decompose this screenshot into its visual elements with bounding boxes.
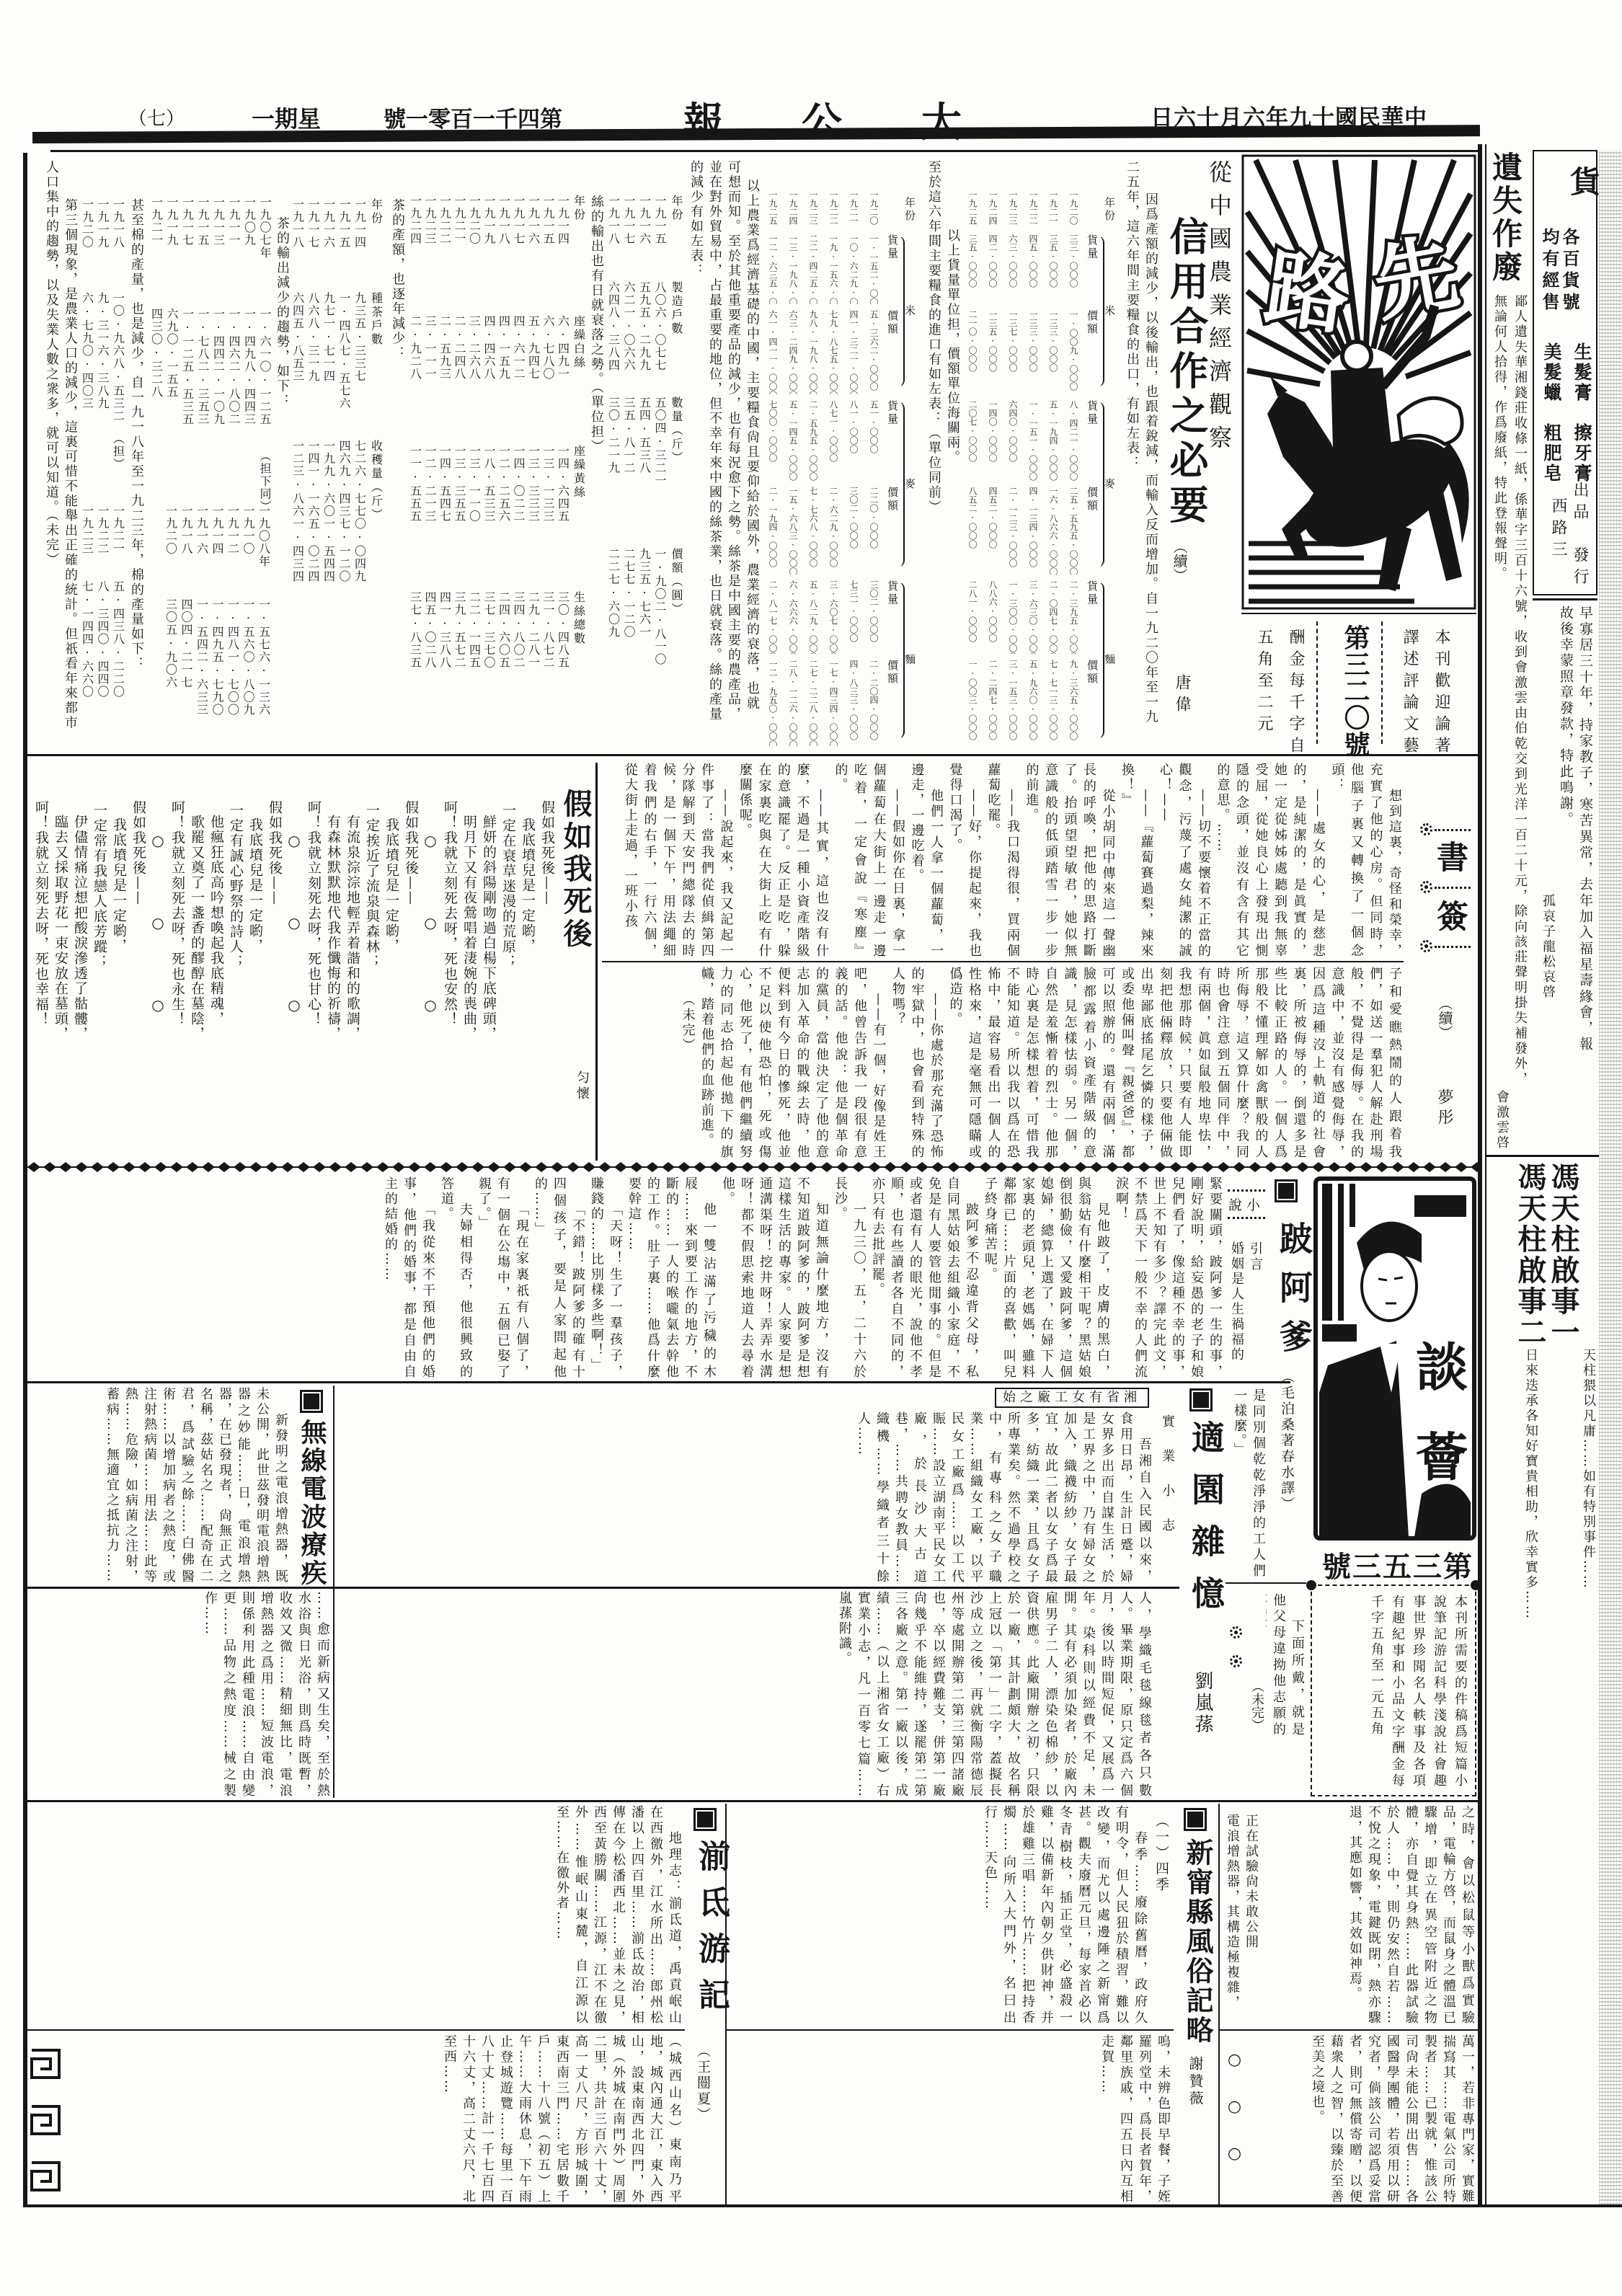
text-column: 甚至棉的產量，也是減少，自一九一八年至一九二三年，棉的產量如下：	[127, 160, 146, 750]
poem-line: 我底墳兒是一定喲，	[109, 763, 128, 1161]
year-cell: 一九一二	[225, 501, 241, 591]
meander-ornament-icon	[29, 2046, 62, 2200]
lost-notice-body: 鄙人遺失華湘錢莊收條一紙，係華字三百十六號，收到會激雲由伯乾交到光洋一百二十元，…	[1488, 294, 1530, 1087]
table-row: 一九〇八年 一·五七六·一三六	[256, 501, 272, 735]
divider	[1226, 1582, 1306, 1584]
value-cell: 三〇·二一九	[606, 393, 621, 537]
value-cell: 三〇·四八五	[555, 577, 570, 743]
poem-line: 歌罷又奠了一盞香的醪醇在墓陰，	[187, 763, 206, 1161]
value-cell: 一三·三五五	[452, 433, 467, 577]
value-cell: 二·九二八	[407, 310, 422, 433]
value-cell: 三五·八一二	[621, 393, 637, 537]
paragraph: 「不錯！跛阿爹的確有十四個孩子，要是人家問起他的……」	[531, 1176, 587, 1380]
header-cell: 種茶戶數	[368, 287, 385, 433]
value-cell: 三九·五七二	[452, 577, 467, 743]
year-cell: 一九〇九	[241, 160, 257, 304]
year-cell: 一九二四	[407, 160, 422, 310]
poem-line: 我底墳兒是一定喲，	[245, 763, 265, 1161]
header-cell: 年份	[901, 160, 918, 229]
table-row: 一九一四 六·四九一 一四·六四五 三〇·四八五	[555, 160, 570, 743]
table-row: 一九二〇 三〇五·九〇六	[163, 501, 179, 735]
header-cell	[884, 160, 901, 229]
year-cell: 一九二四	[783, 160, 803, 229]
value-cell: 一九·一五六·〇〇〇	[823, 229, 843, 304]
article-body: 吾湘自入民國以來，食用日昂，生計日蹙，婦女界多出而自謀生活，於是工界之中，乃有婦…	[336, 1411, 1153, 1584]
poem-stanza: 假如我死後—— 我底墳兒是一定喲， 一定常有我戀人底芳蹤； 伊儘情痛泣想把酸淚滲…	[31, 763, 148, 1161]
value-cell: 四·一三四·〇〇〇	[1023, 481, 1043, 575]
table-row: 一九二〇 三三·〇〇〇 一·〇〇九·〇〇〇 八·四二一·〇〇〇 二五·五九五·〇…	[1063, 160, 1083, 746]
sun-ornament-icon	[1420, 881, 1432, 893]
section-marker-icon	[1184, 1808, 1207, 1831]
paragraph: 地理志：湔氐道，禹貢岷山在西徼外，江水所出……郎州松潘以上四百里……湔氐故治，相…	[552, 1805, 683, 2026]
shuqian-body-upper: 想到這裏，奇怪和榮幸，充實了他的心房。但同時，他腦子裏又轉換了一個念頭：——處女…	[602, 763, 1404, 959]
header-cell: 數量（斤）	[668, 393, 685, 537]
subheading-line: 正在試驗尙未敢公開	[1241, 1814, 1260, 1950]
poem-line: 假如我死後——	[265, 763, 284, 1161]
table-row: 一九二〇 一·一五二·〇〇〇 五·三六二·〇〇〇 五一·〇〇〇 二二〇·〇〇〇 …	[864, 160, 884, 746]
value-cell: 一·一五二·〇〇〇	[864, 229, 884, 304]
value-cell: 五·一九四·〇〇〇	[1043, 394, 1063, 481]
table-row: 一九一七 四·六一二 一四·〇二二 三四·八〇二	[511, 160, 526, 743]
paragraph: 見他跛了，皮膚的黑白，與翁姑有什麼相干呢？黑姑娘倒很勤儉，又愛跛阿爹，這個媳婦，…	[980, 1176, 1112, 1380]
poem-line: 呵！我就立刻死去呀，死也甘心！	[303, 763, 323, 1161]
header-cell: 年份	[668, 160, 685, 275]
table-row: 一九二三 七·一四四·六六〇	[79, 497, 95, 728]
article-paragraph: 茶的產額，也逐年減少：	[388, 160, 407, 750]
header-cell: 座繰白絲	[570, 310, 588, 433]
band-divider	[26, 1800, 1479, 1802]
paragraph: 知道無論什麼地方，沒有不知道跛阿爹的，跛阿爹是想這樣生活的專家。人家要是想通溝渠…	[718, 1176, 830, 1380]
sun-ornament-icon	[1230, 1655, 1242, 1667]
notice-column: 譯述評論文藝	[1399, 629, 1421, 758]
corner-dot-icon	[1471, 1580, 1481, 1590]
value-cell: 四·六一二	[511, 310, 526, 433]
value-cell: 一四·五四七	[437, 433, 452, 577]
year-cell: 一九一五	[195, 160, 211, 304]
value-cell: 一·四八七·五七六	[337, 287, 353, 433]
table-row: 一九一六 五·九四七 一三·三三三 二九·二八一	[526, 160, 541, 743]
value-cell: 一三三·〇〇〇	[1023, 304, 1043, 394]
wavy-separator	[1381, 621, 1383, 744]
story-body: 緊要關頭，跛阿爹一生的事，剛好說明，給妄愚的老子和娘兒們看了，像這種不幸的事，世…	[26, 1176, 1224, 1380]
value-cell: 四六九·四三七·一二〇	[337, 433, 353, 620]
value-cell: 三·六〇七·〇〇〇	[823, 575, 843, 654]
article-title: 適園雜憶	[1182, 1420, 1230, 1628]
diamond-border	[26, 1161, 1478, 1174]
year-cell: 一九一六	[321, 160, 337, 287]
group-label: 麵	[901, 575, 918, 746]
value-cell: 二·五九五·〇〇〇	[803, 394, 823, 481]
text-column: 可想而知。至於其他重要產品的減少，也有每況愈下之勢。絲茶是中國主要的農產品，	[724, 160, 743, 750]
year-cell: 一九一九	[95, 160, 111, 288]
paragraph: ——『蘿蔔賽過梨，辣來換！』	[1117, 763, 1156, 959]
bottom-border	[23, 2204, 1622, 2207]
value-cell: 一四·〇二二	[511, 433, 526, 577]
year-cell: 一九一五	[541, 160, 556, 310]
subheading-line: 電浪增熱器，其構造極複雜，	[1223, 1814, 1241, 2011]
table-row: 一九二〇 三·二六八 一三·一一〇 二二·一四五	[466, 160, 482, 743]
lost-notice-title: 遺失作廢	[1491, 151, 1527, 288]
unit-cell	[95, 433, 111, 469]
unit-cell	[79, 433, 95, 469]
table-row: 一九一七 八六八·三一九 一四一·一六五·〇二四	[306, 160, 322, 620]
paragraph: 他們一人拿一個蘿蔔，一邊走，一邊吃着。	[907, 763, 945, 959]
paragraph: 是同別個乾乾淨淨的工人們一樣麼。」	[1230, 1388, 1267, 1579]
value-cell: 六二一·〇六六	[621, 275, 637, 393]
value-cell: 一·一五一·〇〇〇	[1023, 394, 1043, 481]
header-cell: 價額	[884, 481, 901, 575]
paragraph: 他一雙沾滿了污穢的木屐……來到要工作的地方，不斷的……一人的喉嚨氣去幹他的工作。…	[624, 1176, 718, 1380]
value-cell: 八一·〇〇〇	[843, 394, 864, 481]
value-cell: 五·九四七	[526, 310, 541, 433]
value-cell: 二七·二二八·〇〇〇	[803, 654, 823, 746]
column-divider	[333, 1386, 334, 1798]
paragraph: ——我口渴得很，買兩個蘿蔔吃罷。	[983, 763, 1021, 959]
year-cell: 一九二二	[437, 160, 452, 310]
value-cell: 九·三六五·〇〇〇	[1063, 654, 1083, 746]
year-cell: 一九二二	[823, 160, 843, 229]
value-cell: 一·〇〇三·〇〇〇	[962, 654, 983, 746]
table-row: 一九二三 六三·〇〇〇 一三七·〇〇〇 六四〇·〇〇〇 二·一二三·〇〇〇 一·…	[1003, 160, 1023, 746]
lower-issue-number: 第三五三號	[1319, 1544, 1473, 1585]
year-cell: 一九〇七年	[257, 160, 273, 304]
issue-number: 第四千一百零一號	[364, 101, 562, 133]
table-row: 一九一四 九三五·三三七 七二六·七七〇·〇四九	[352, 160, 368, 620]
year-cell: 一九一七	[621, 160, 637, 275]
value-cell: 二二·四二五·〇〇〇	[803, 229, 823, 304]
year-cell: 一九二五	[962, 160, 983, 229]
value-cell: 八六八·三一九	[306, 287, 322, 433]
value-cell: 二一〇·〇〇〇	[962, 304, 983, 394]
year-cell: 一九一五	[652, 160, 668, 275]
subheading: 湘省有女工廠之始	[995, 1388, 1149, 1408]
intro-first-line: 婚姻是人生禍福的	[1227, 1241, 1246, 1362]
header-cell: 年份	[368, 160, 385, 287]
value-cell: 一〇·六二九·〇〇〇	[843, 229, 864, 304]
value-cell: 九·三一六·三八九	[95, 288, 111, 433]
value-cell: 六·七八〇	[541, 310, 556, 433]
paragraph: 嗚，未辨色即早餐，子姪羅列堂中，爲長者賀年，鄰里族戚，四五日內互相走賀……	[1097, 2034, 1172, 2204]
dotted-ornament	[1435, 829, 1471, 831]
value-cell: 一三·一一〇	[466, 433, 482, 577]
value-cell: 二·〇四七·〇〇〇	[1043, 575, 1063, 654]
paragraph: 之時，會以松鼠等小獸爲實驗品，電輪方啓，而鼠身之體溫已驟增，即立在異空管附近之物…	[1345, 1805, 1476, 2026]
year-cell: 一九二〇	[1063, 160, 1083, 229]
table-header: 年份 製造戶數 數量（斤） 價額（圓）	[668, 160, 685, 721]
poem-line: 有流泉淙淙地輕弄着諧和的歌調，	[342, 763, 362, 1161]
value-cell: 四·一五九	[496, 310, 511, 433]
poem-line: 伊儘情痛泣想把酸淚滲透了骷髏，	[70, 763, 89, 1161]
article-body: 之時，會以松鼠等小獸爲實驗品，電輪方啓，而鼠身之體溫已驟增，即立在異空管附近之物…	[1263, 1805, 1476, 2026]
table-row: 一九一八 六四八·三八四 三〇·二一九 二二七·六〇九	[606, 160, 621, 721]
table-row: 一九二四 一三·一九八·〇〇〇 六三·二四九·〇〇〇 五·一四五·〇〇〇 一五·…	[783, 160, 803, 746]
value-cell: 三·一一一	[422, 310, 438, 433]
right-border-inner	[1485, 144, 1486, 2206]
paragraph: 下面所戴，就是他父母違拗他志願的事蹟。	[1266, 1593, 1306, 1737]
year-cell: 一九二一	[843, 160, 864, 229]
paragraph: ——好，你提起來，我也覺得口渴了。	[945, 763, 983, 959]
value-cell: 四·八三三·〇〇〇	[843, 654, 864, 746]
story-tail-2: 下面所戴，就是他父母違拗他志願的事蹟。	[1266, 1593, 1306, 1737]
group-label: 麵	[1101, 575, 1118, 746]
value-cell: 五一·〇〇〇	[864, 394, 884, 481]
poem-line: 呵！我就立刻死去呀，死也安然！	[440, 763, 459, 1161]
value-cell: 一三·三三三	[526, 433, 541, 577]
unit-cell	[149, 448, 164, 510]
text-column: 的減少有如左表：	[686, 160, 705, 750]
table-subheader: 貨量 價額 貨量 價額 貨量 價額	[884, 160, 901, 746]
article-paragraph: 第三個現象，是農業人口的減少，這裏可惜不能舉出正確的統計。但祇看年來都市人口集中…	[40, 160, 79, 750]
paragraph: 人，學織毛毯線毯者各只數人。畢業期限，原只定爲六個月，後以時間短促，又展爲一年。…	[835, 1591, 1153, 1799]
value-cell: 八·四二一·〇〇〇	[1063, 394, 1083, 481]
year-cell: 一九二四	[983, 160, 1003, 229]
group-label: 麥	[1101, 394, 1118, 575]
xianlu-woodcut-illustration: 先 路	[1241, 154, 1476, 610]
divider	[1486, 1155, 1599, 1157]
table-row: 一九二三 二二·四二五·〇〇〇 九八·一九八·〇〇〇 二·五九五·〇〇〇 七·七…	[803, 160, 823, 746]
value-cell: 三一·八七二	[541, 577, 556, 743]
value-cell: 一·四九五·七九〇	[210, 591, 226, 735]
feng-notice-body-2: 日來迭承各知好寶貴相助，欣幸實多……	[1489, 1348, 1540, 2202]
weekday: 星期一	[240, 101, 321, 134]
header-cell: 收穫量（斤）	[368, 433, 385, 620]
value-cell: 八〇六·〇七七	[652, 275, 668, 393]
article-paragraph: 茶的輸出減少的趨勢，如下：	[272, 160, 291, 750]
table-row: 一九二五 三五·〇〇〇 二一〇·〇〇〇 二〇七·〇〇〇 八五二·〇〇〇 二八一·…	[962, 160, 983, 746]
value-cell: 六三·二四九·〇〇〇	[783, 304, 803, 394]
year-cell: 一九一六	[526, 160, 541, 310]
year-cell: 一九一九	[164, 160, 180, 304]
value-cell: 三七·三七〇	[482, 577, 497, 743]
corner-dot-icon	[1306, 1580, 1316, 1590]
masthead-char: 大	[921, 91, 962, 149]
table-row: 一九二一 五·四三八·二二〇	[110, 497, 126, 728]
table-row: 一九二四 二·九二八 一一·五五五 三七·八三五	[407, 160, 422, 743]
thanks-notice-text: 早寡居三十年，持家教子，寒苦異常，去年加入福星壽緣會，報故後幸蒙照章發款，特此鳴…	[1556, 606, 1595, 1052]
year-cell: 一九一六	[194, 501, 210, 591]
poem-line: 有森林默默地代我作懺悔的祈禱，	[323, 763, 342, 1161]
header-cell: 價額	[1083, 654, 1101, 746]
paragraph: 吾湘自入民國以來，食用日昂，生計日蹙，婦女界多出而自謀生活，於是工界之中，乃有婦…	[854, 1411, 1153, 1584]
table-row: 一九二二 一九·一五六·〇〇〇 七九·八七五·〇〇〇 八七一·〇〇〇 二·六二九…	[823, 160, 843, 746]
subband-divider	[26, 2029, 685, 2031]
value-cell: 八·三四〇·四四〇	[95, 577, 111, 728]
table-row: 一九二一 三五·〇〇〇 一三三·〇〇〇 五·一九四·〇〇〇 一六·八六六·〇〇〇…	[1043, 160, 1063, 746]
year-cell: 一九一八	[606, 160, 621, 275]
value-cell: 二八·一二六·〇〇〇	[783, 654, 803, 746]
value-cell: 五·四三八·二二〇	[110, 577, 126, 728]
value-cell: 九三五·三三七	[352, 287, 368, 433]
year-cell: 一九一八	[179, 501, 195, 591]
to-be-continued: （未完）	[1247, 1680, 1266, 1732]
table-row: 一九一六 九七一·七一四 一九九·六〇一·五四四	[321, 160, 337, 620]
value-cell: 八七一·〇〇〇	[823, 394, 843, 481]
header-cell: 貨量	[884, 575, 901, 654]
text-column: 並在對外貿易中，占最重要的地位，但不幸年來中國的絲茶業，也日就衰落。絲的產量	[705, 160, 724, 750]
lost-notice-text: 鄙人遺失華湘錢莊收條一紙，係華字三百十六號，收到會激雲由伯乾交到光洋一百二十元，…	[1489, 294, 1530, 1087]
year-cell: 一九一四	[210, 501, 226, 591]
year-cell: 一九二三	[79, 497, 95, 577]
value-cell: 一五·六八三·〇〇〇	[783, 481, 803, 575]
article-paragraph: 以上貨量單位担，價額單位海關兩。至於這六年間主要糧食的進口有如左表：（單位同前）	[923, 160, 962, 750]
table-subheader: 貨量 價額 貨量 價額 貨量 價額	[1083, 160, 1101, 746]
tea-export-table-even-years: 一九〇八年 一·五七六·一三六 一九一〇 一·五六〇·八〇九 一九一二 一·四八…	[163, 501, 272, 735]
value-cell: 三三·〇〇〇	[1063, 229, 1083, 304]
value-cell: 一·四九八·四四三	[241, 304, 257, 448]
value-cell: 一六·八六六·〇〇〇	[1043, 481, 1063, 575]
article-author: 唐偉	[1171, 674, 1193, 717]
value-cell: 二·一九四·〇〇〇	[763, 481, 783, 575]
year-cell: 一九一五	[337, 160, 353, 287]
year-cell: 一九一三	[210, 160, 226, 304]
masthead-char: 公	[802, 91, 842, 149]
value-cell: 五·一四五·〇〇〇	[783, 394, 803, 481]
year-cell: 一九二二	[1023, 160, 1043, 229]
cropped-ad-edge	[1599, 150, 1622, 2204]
value-cell: 七九·八七五·〇〇〇	[823, 304, 843, 394]
year-cell: 一九二三	[422, 160, 438, 310]
value-cell: 一·一二五·五三五	[180, 304, 195, 448]
paragraph: ——你處於那充滿了恐怖的牢獄中，也會看到特殊的人物嗎？	[888, 967, 946, 1160]
poem-line: 假如我死後——	[128, 763, 148, 1161]
poem-line: 一定有誠心野祭的詩人；	[226, 763, 245, 1161]
table-row: 一九一六 五九五·二九九 五四·五三八 九三五·七六一	[637, 160, 652, 721]
year-cell: 一九〇八年	[256, 501, 272, 591]
notice-column: 本刊歡迎論著	[1430, 629, 1453, 758]
value-cell: 二四·六〇五	[496, 577, 511, 743]
value-cell: 四三〇·三二八	[149, 304, 164, 448]
divider	[1533, 598, 1597, 600]
value-cell: 二九·二八一	[526, 577, 541, 743]
year-cell: 一九二三	[803, 160, 823, 229]
article-title: 新甯縣風俗記略	[1178, 1838, 1218, 2045]
column-title-char: 簽	[1426, 900, 1472, 931]
value-cell: 二〇七·〇〇〇	[962, 394, 983, 481]
cotton-production-table-bottom: 一九二一 五·四三八·二二〇 一九二二 八·三四〇·四四〇 一九二三 七·一四四…	[79, 497, 126, 728]
header-cell: 貨量	[1083, 394, 1101, 481]
value-cell: 二·二〇四·〇〇〇	[864, 654, 884, 746]
header-cell: 製造戶數	[668, 275, 685, 393]
table-row: 一九二二 二·五九三 一四·五四七 四一·三八八	[437, 160, 452, 743]
table-row: 一九二〇 六·七九〇·四〇三	[79, 160, 95, 469]
table-row: 一九一三 一·四四二·一〇九	[210, 160, 226, 510]
value-cell: 七三一·〇〇〇	[843, 575, 864, 654]
table-row: 一九二一 一〇·六二九·〇〇〇 四一·三二一·〇〇〇 八一·〇〇〇 三〇二·〇〇…	[843, 160, 864, 746]
table-row: 一九一〇 一·五六〇·八〇九	[241, 501, 257, 735]
value-cell: 九八·一九八·〇〇〇	[803, 304, 823, 394]
value-cell: 一〇·九六八·五三二	[110, 288, 126, 433]
value-cell: 一三七·〇〇〇	[1003, 304, 1023, 394]
article-body: 嗚，未辨色即早餐，子姪羅列堂中，爲長者賀年，鄰里族戚，四五日內互相走賀……	[730, 2034, 1172, 2204]
header-cell: 價額（圓）	[668, 537, 685, 721]
value-cell: 一·四四二·一〇九	[210, 304, 226, 448]
table-header: 年份 種茶戶數 收穫量（斤）	[368, 160, 385, 620]
value-cell: 二二·一四五	[466, 577, 482, 743]
tea-production-table: 年份 種茶戶數 收穫量（斤） 一九一四 九三五·三三七 七二六·七七〇·〇四九 …	[290, 160, 385, 620]
paragraph: ——說起來，我又記起一件事了：當我們從偵緝第四分隊解到天安門總隊去的時候，是一個…	[621, 763, 735, 959]
year-cell: 一九二一	[149, 160, 164, 304]
story-translator: （毛泊桑著春水譯）	[1277, 1370, 1297, 1512]
illustration-title-char: 談	[1416, 1337, 1468, 1398]
paragraph: 萬一，若非專門家，實難揣寫其……電氣公司所特製者……已製就，惟該公司尙未能公開出…	[1308, 2034, 1476, 2204]
text-column: 至於這六年間主要糧食的進口有如左表：（單位同前）	[924, 160, 943, 750]
header-cell: 價額	[884, 304, 901, 394]
tea-export-table-odd-years: 一九〇七年 一·六一〇·一二五 （担下同） 一九〇九 一·四九八·四四三 一九一…	[149, 160, 272, 510]
poem-block: 假如我死後 假如我死後—— 我底墳兒是一定喲， 一定在衰草迷漫的荒原； 鮮妍的斜…	[26, 763, 594, 1161]
value-cell: 六三·〇〇〇	[1003, 229, 1023, 304]
tanhui-woodcut-illustration: 談 薈	[1313, 1176, 1476, 1541]
article-paragraph: 絲的輸出也有日就衰落之勢。（單位担）	[585, 160, 606, 750]
value-cell: 三七·八三五	[407, 577, 422, 743]
subband-divider	[727, 2029, 1174, 2031]
header-cell: 座繰黃絲	[570, 433, 588, 577]
value-cell: 二·八一七·〇〇〇	[763, 575, 783, 654]
header-cell: 價額	[1083, 481, 1101, 575]
value-cell: 二·二四七·〇〇〇	[983, 654, 1003, 746]
section-marker-icon	[693, 1808, 717, 1831]
paragraph: 「我從來不干預他們的婚事，他們的婚事，都是自由自主的結婚的……	[381, 1176, 437, 1380]
year-cell: 一九二三	[1003, 160, 1023, 229]
notice-text: 本刊所需要的件稿爲短篇小說筆記游記科學淺說社會趣事世界珍聞名人軼事及各項有趣紀事…	[1366, 1595, 1471, 1789]
article-body: 新發明之電浪增熱器，既未公開，此世茲發明電浪增熱器之妙能……日，電浪增熱器，在已…	[26, 1387, 290, 1584]
year-cell: 一九一四	[555, 160, 570, 310]
poem-stanza: 假如我死後—— 我底墳兒是一定喲， 一定挨近了流泉與森林； 有流泉淙淙地輕弄着諧…	[284, 763, 420, 1161]
genre-label: 小說	[1228, 1189, 1265, 1219]
poem-line: 一定在衰草迷漫的荒原；	[498, 763, 518, 1161]
value-cell: 二二七·六〇九	[606, 537, 621, 721]
text-column: 茶的輸出減少的趨勢，如下：	[272, 160, 291, 750]
table-row: 一九二五 一二·六三五·〇〇〇 六一·四一一·〇〇〇 七〇〇·〇〇〇 二·一九四…	[763, 160, 783, 746]
paragraph: ——有一個，好像是姓王吧，他曾告訴我一段很有意義的話。他說：他是個革命的黨員，當…	[697, 967, 888, 1160]
paragraph: 子和愛瞧熱鬧的人跟着我們，如送一羣犯人解赴刑場般，不覺得是侮辱。在我的意識中，並…	[945, 967, 1404, 1160]
poem-line: 一定常有我戀人底芳蹤；	[89, 763, 109, 1161]
grain-import-table: 年份 米 麥 麵 貨量 價額 貨量 價額 貨量 價額 一九二〇 一·一五二·〇〇…	[763, 160, 918, 746]
year-cell: 一九一六	[637, 160, 652, 275]
table-row: 一九二四 四二·〇〇〇 一三五·〇〇〇 一四〇·〇〇〇 四五二·〇〇〇 八八六·…	[983, 160, 1003, 746]
story-tail: 是同別個乾乾淨淨的工人們一樣麼。」	[1226, 1388, 1267, 1579]
value-cell: 三〇五·九〇六	[163, 591, 179, 735]
year-cell: 一九一九	[482, 160, 497, 310]
upper-issue-number: 第三二〇號	[1337, 624, 1374, 758]
band-divider	[26, 1381, 1290, 1383]
table-row: 一九一七 一·一二五·五三五	[180, 160, 195, 510]
value-cell: 二八一·〇〇〇	[962, 575, 983, 654]
year-cell: 一九二二	[95, 497, 111, 577]
wavy-separator	[1316, 621, 1318, 744]
text-column: 以上農業爲經濟基礎的中國，主要糧食尙且要仰給於國外，農業經濟的衰落，也就	[743, 160, 761, 750]
value-cell: 一·〇〇九·〇〇〇	[1063, 304, 1083, 394]
header-cell	[1083, 160, 1101, 229]
value-cell: 二·三九五·〇〇〇	[1063, 575, 1083, 654]
paragraph: ——其實，這也沒有什麼，不過是一種小資產階級的意識罷了。反正是吃，躲在家裏吃與在…	[735, 763, 831, 959]
paragraph: 「天呀！生了一羣孩子，賺錢的……比別樣多些啊！」	[587, 1176, 624, 1380]
goods-ad-items: 美髮蠟 粗肥皂	[1538, 342, 1564, 484]
year-cell: 一九二一	[110, 497, 126, 577]
article-title: 湔氐游記	[688, 1840, 734, 2024]
paragraph: ——處女的心，是慈悲的，是純潔的，是眞實的，她一定從姊姊處聽到我無辜受屈，從她良…	[1213, 763, 1327, 959]
value-cell: 六·七九〇·四〇三	[79, 288, 95, 433]
feng-notice-body-1: 天柱猥以凡庸……如有特別事件……	[1541, 1348, 1597, 2202]
poem-line: 他瘋狂底高吟想喚起我底精魂，	[206, 763, 226, 1161]
header-cell: 價額	[884, 654, 901, 746]
goods-ad-big-char: 貨	[1561, 166, 1605, 196]
goods-ad-line: 均有經售	[1537, 228, 1562, 314]
poem-line: 假如我死後——	[537, 763, 557, 1161]
value-cell: 一三五·〇〇〇	[983, 304, 1003, 394]
feng-notice-text: 天柱猥以凡庸……如有特別事件……	[1579, 1348, 1597, 2202]
paragraph: 想到這裏，奇怪和榮幸，充實了他的心房。但同時，他腦子裏又轉換了一個念頭：	[1327, 763, 1404, 959]
value-cell: 一三·一三三	[541, 433, 556, 577]
